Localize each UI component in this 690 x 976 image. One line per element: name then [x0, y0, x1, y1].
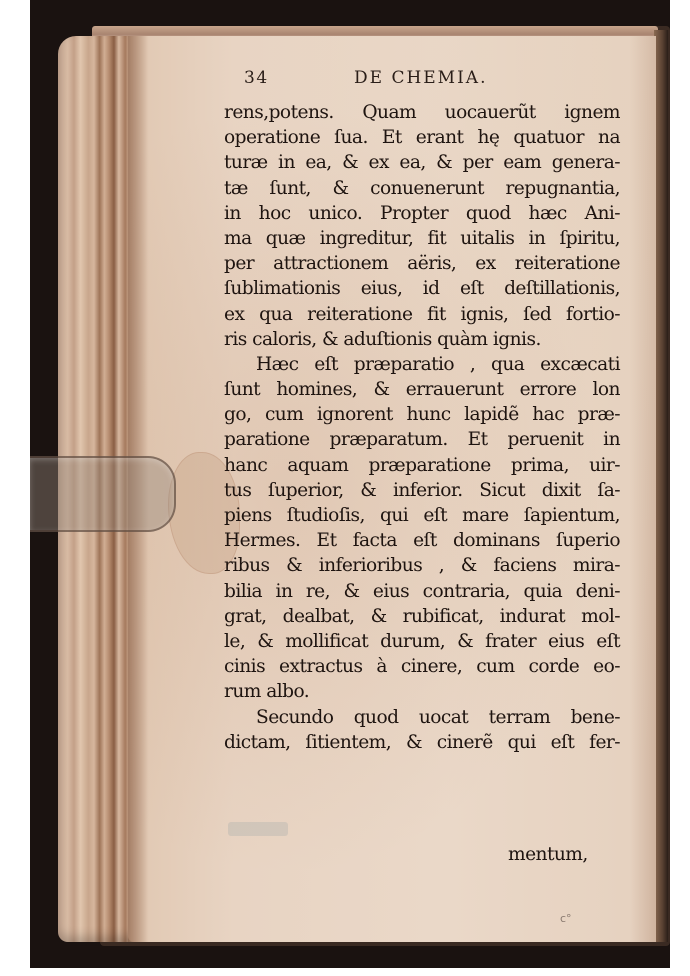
- text-line: operatione ſua. Et erant hę quatuor na: [224, 125, 620, 150]
- text-line: ſublimationis eius, id eſt deſtillationi…: [224, 276, 620, 301]
- catchword: mentum,: [508, 844, 588, 865]
- marginal-mark: c°: [560, 912, 572, 925]
- text-line: dictam, ſitientem, & cinerẽ qui eſt fer-: [224, 730, 620, 755]
- text-line: ex qua reiteratione fit ignis, ſed forti…: [224, 302, 620, 327]
- text-line: ma quæ ingreditur, fit uitalis in ſpirit…: [224, 226, 620, 251]
- ink-offset-mark: [228, 822, 288, 836]
- text-line: per attractionem aëris, ex reiteratione: [224, 251, 620, 276]
- text-line: go, cum ignorent hunc lapidẽ hac præ-: [224, 402, 620, 427]
- text-line: tæ ſunt, & conuenerunt repugnantia,: [224, 176, 620, 201]
- paragraph-start-line: Hæc eſt præparatio , qua excæcati: [224, 352, 620, 377]
- plastic-page-clip: [30, 456, 176, 532]
- running-title: DE CHEMIA.: [354, 68, 488, 88]
- text-line: Hermes. Et facta eſt dominans ſuperio: [224, 528, 620, 553]
- text-line: hanc aquam præparatione prima, uir-: [224, 453, 620, 478]
- page-header: 34 DE CHEMIA.: [236, 68, 616, 94]
- text-line: rens,potens. Quam uocauerũt ignem: [224, 100, 620, 125]
- text-line: grat, dealbat, & rubificat, indurat mol-: [224, 604, 620, 629]
- paragraph-start-line: Secundo quod uocat terram bene-: [224, 705, 620, 730]
- page-number: 34: [244, 68, 269, 88]
- text-line: paratione præparatum. Et peruenit in: [224, 427, 620, 452]
- text-line: ſunt homines, & errauerunt errore lon: [224, 377, 620, 402]
- text-line: turæ in ea, & ex ea, & per eam genera-: [224, 150, 620, 175]
- book-fore-edge: [654, 30, 668, 942]
- body-text: rens,potens. Quam uocauerũt ignem operat…: [224, 100, 620, 755]
- text-line: rum albo.: [224, 679, 620, 704]
- text-line: cinis extractus à cinere, cum corde eo-: [224, 654, 620, 679]
- text-line: ribus & inferioribus , & faciens mira-: [224, 553, 620, 578]
- text-line: tus ſuperior, & inferior. Sicut dixit ſa…: [224, 478, 620, 503]
- text-line: ris caloris, & aduſtionis quàm ignis.: [224, 327, 620, 352]
- text-line: piens ſtudioſis, qui eſt mare ſapientum,: [224, 503, 620, 528]
- text-line: bilia in re, & eius contraria, quia deni…: [224, 579, 620, 604]
- text-line: in hoc unico. Propter quod hæc Ani-: [224, 201, 620, 226]
- text-line: le, & mollificat durum, & frater eius eſ…: [224, 629, 620, 654]
